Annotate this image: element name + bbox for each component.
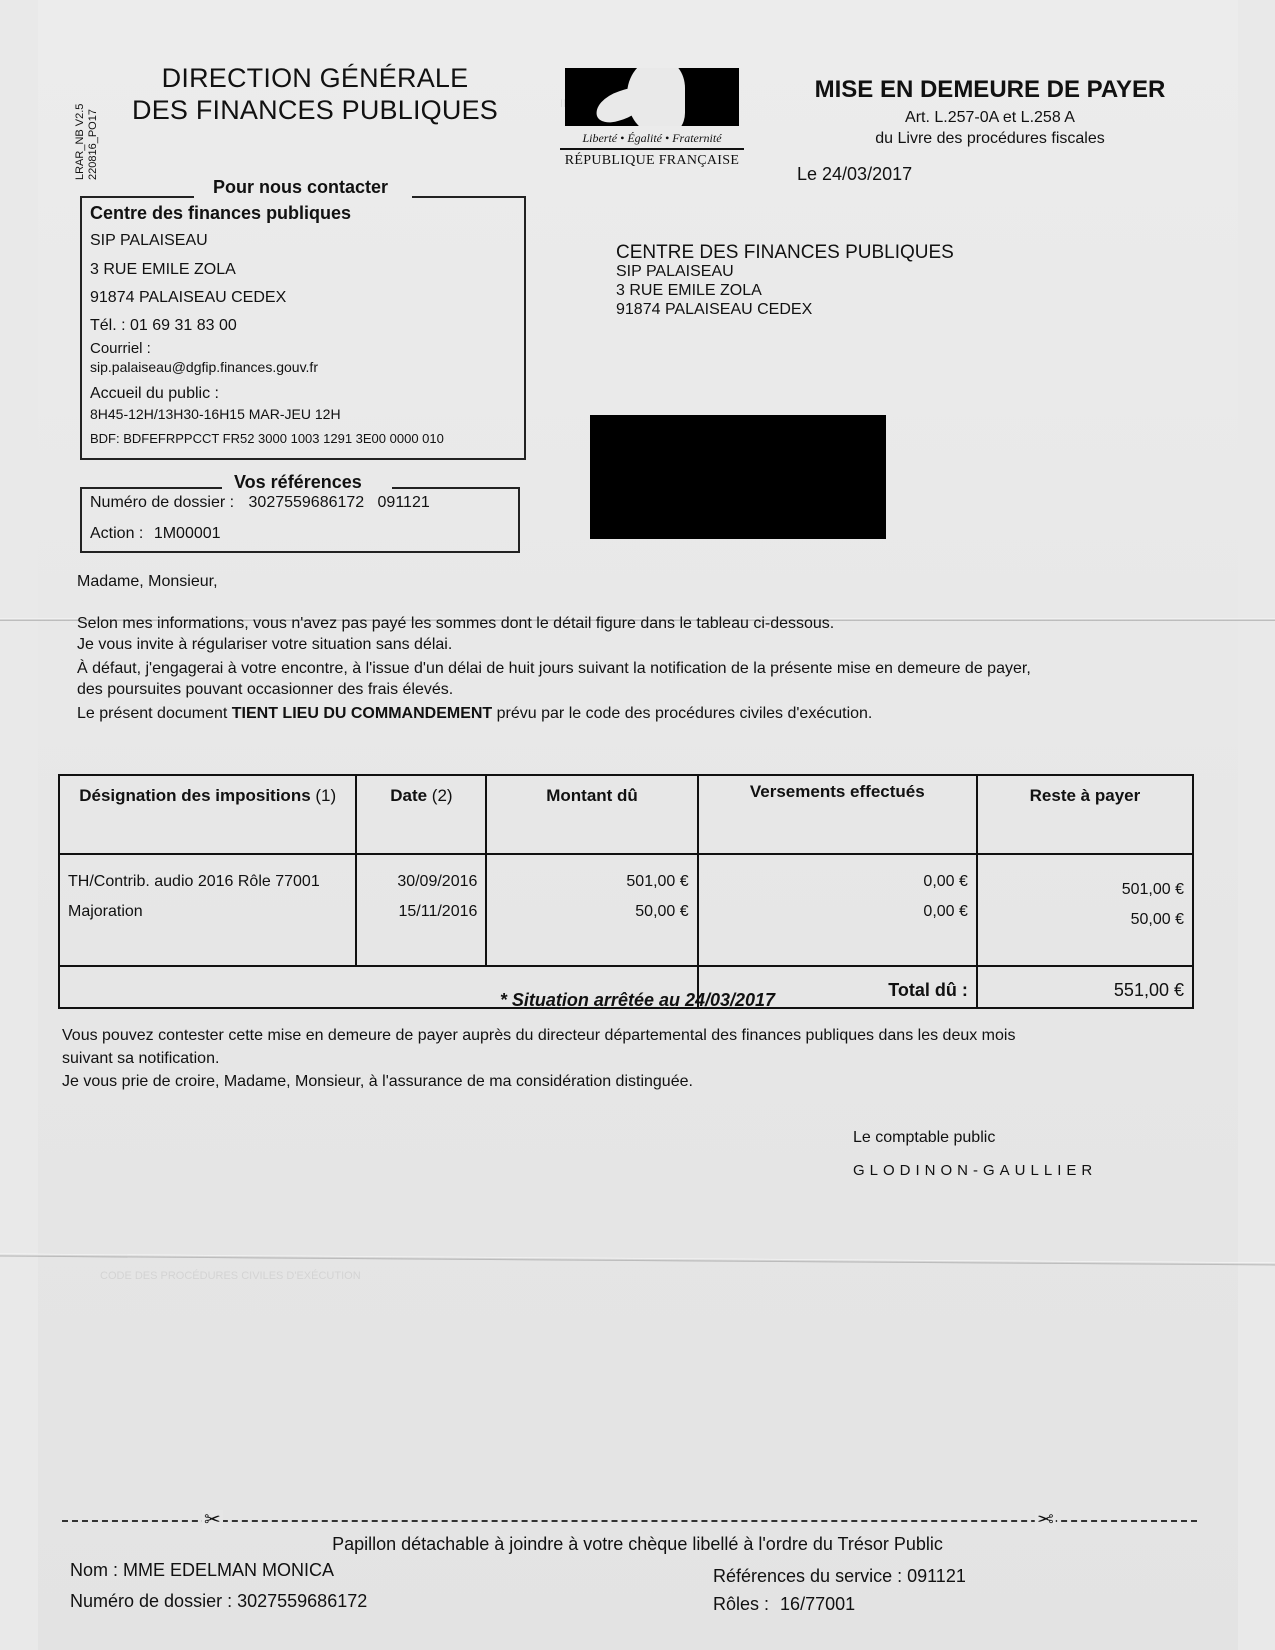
versements-cell: 0,00 € 0,00 € (698, 854, 977, 966)
column-header-date: Date (2) (356, 775, 486, 854)
document-date: Le 24/03/2017 (797, 164, 912, 185)
divider (80, 487, 222, 489)
designation-cell: TH/Contrib. audio 2016 Rôle 77001 Majora… (59, 854, 356, 966)
dossier-label: Numéro de dossier : (90, 494, 234, 511)
center-name: Centre des finances publiques (90, 203, 351, 224)
cut-line (62, 1520, 1197, 1522)
phone-number: Tél. : 01 69 31 83 00 (90, 317, 237, 335)
hours-label: Accueil du public : (90, 385, 219, 403)
references-legend: Vos références (226, 472, 370, 493)
paragraph-4: Le présent document TIENT LIEU DU COMMAN… (77, 705, 872, 723)
republic-motto: Liberté • Égalité • Fraternité (560, 131, 744, 150)
slip-roles: Rôles : 16/77001 (713, 1594, 855, 1615)
paragraph-3b: des poursuites pouvant occasionner des f… (77, 681, 453, 699)
marianne-logo-icon (565, 68, 739, 126)
organization-line1: DIRECTION GÉNÉRALE (125, 62, 505, 94)
divider (80, 196, 194, 198)
signer-role: Le comptable public (853, 1129, 995, 1147)
action-code: Action : 1M00001 (90, 525, 221, 543)
contact-legend: Pour nous contacter (205, 177, 396, 198)
organization-name: DIRECTION GÉNÉRALE DES FINANCES PUBLIQUE… (125, 62, 505, 126)
column-header-designation: Désignation des impositions (1) (59, 775, 356, 854)
city-address: 91874 PALAISEAU CEDEX (90, 289, 286, 307)
slip-dossier-label: Numéro de dossier : (70, 1591, 232, 1611)
slip-name-label: Nom : (70, 1560, 118, 1580)
column-header-versements: Versements effectués (698, 775, 977, 854)
date-value: 15/11/2016 (365, 897, 477, 927)
slip-roles-value: 16/77001 (780, 1594, 855, 1614)
sender-address-line4: 91874 PALAISEAU CEDEX (616, 301, 812, 319)
date-cell: 30/09/2016 15/11/2016 (356, 854, 486, 966)
form-code: LRAR_NB V2.5 220816_PO17 (74, 104, 100, 180)
email-link[interactable]: sip.palaiseau@dgfip.finances.gouv.fr (90, 359, 318, 375)
sender-address-line3: 3 RUE EMILE ZOLA (616, 282, 762, 300)
montant-value: 501,00 € (495, 867, 688, 897)
designation-value: TH/Contrib. audio 2016 Rôle 77001 (68, 867, 347, 897)
designation-value: Majoration (68, 897, 347, 927)
paragraph-3a: À défaut, j'engagerai à votre encontre, … (77, 660, 1031, 678)
reste-cell: 501,00 € 50,00 € (977, 854, 1193, 966)
slip-service-reference: Références du service : 091121 (713, 1566, 966, 1587)
sender-address-line2: SIP PALAISEAU (616, 263, 734, 281)
montant-value: 50,00 € (495, 897, 688, 927)
email-label: Courriel : (90, 340, 151, 357)
column-header-reste: Reste à payer (977, 775, 1193, 854)
service-name: SIP PALAISEAU (90, 232, 208, 250)
table-header-row: Désignation des impositions (1) Date (2)… (59, 775, 1193, 854)
paragraph-4-pre: Le présent document (77, 705, 232, 722)
sender-address-line1: CENTRE DES FINANCES PUBLIQUES (616, 242, 954, 264)
dossier-number: Numéro de dossier : 3027559686172 091121 (90, 494, 430, 512)
column-header-montant: Montant dû (486, 775, 697, 854)
divider (392, 487, 520, 489)
situation-date: * Situation arrêtée au 24/03/2017 (0, 990, 1275, 1011)
divider (412, 196, 526, 198)
form-code-line2: 220816_PO17 (87, 104, 100, 180)
table-row: TH/Contrib. audio 2016 Rôle 77001 Majora… (59, 854, 1193, 966)
dossier-value: 3027559686172 091121 (249, 494, 430, 511)
scissors-icon: ✂ (202, 1510, 223, 1530)
slip-title: Papillon détachable à joindre à votre ch… (0, 1534, 1275, 1555)
organization-line2: DES FINANCES PUBLIQUES (125, 94, 505, 126)
reste-value: 50,00 € (986, 905, 1184, 935)
versements-value: 0,00 € (707, 867, 968, 897)
action-label: Action : (90, 525, 143, 542)
republic-name: RÉPUBLIQUE FRANÇAISE (560, 153, 744, 169)
action-value: 1M00001 (154, 525, 221, 542)
slip-service-ref-value: 091121 (907, 1566, 966, 1586)
impositions-table: Désignation des impositions (1) Date (2)… (58, 774, 1194, 1009)
slip-name: Nom : MME EDELMAN MONICA (70, 1560, 334, 1581)
salutation: Madame, Monsieur, (77, 573, 218, 591)
reste-value: 501,00 € (986, 875, 1184, 905)
legal-reference-line2: du Livre des procédures fiscales (790, 130, 1190, 148)
montant-cell: 501,00 € 50,00 € (486, 854, 697, 966)
paragraph-4-post: prévu par le code des procédures civiles… (492, 705, 872, 722)
versements-value: 0,00 € (707, 897, 968, 927)
form-code-line1: LRAR_NB V2.5 (74, 104, 87, 180)
show-through-text: CODE DES PROCÉDURES CIVILES D'EXÉCUTION (100, 1270, 361, 1282)
closing-paragraph-1a: Vous pouvez contester cette mise en deme… (62, 1027, 1015, 1045)
closing-paragraph-1b: suivant sa notification. (62, 1050, 219, 1068)
slip-roles-label: Rôles : (713, 1594, 769, 1614)
slip-name-value: MME EDELMAN MONICA (123, 1560, 334, 1580)
paragraph-1: Selon mes informations, vous n'avez pas … (77, 615, 834, 633)
paragraph-4-bold: TIENT LIEU DU COMMANDEMENT (232, 705, 492, 722)
scissors-icon: ✂ (1035, 1510, 1056, 1530)
closing-paragraph-2: Je vous prie de croire, Madame, Monsieur… (62, 1073, 693, 1091)
slip-service-ref-label: Références du service : (713, 1566, 902, 1586)
slip-dossier-value: 3027559686172 (237, 1591, 367, 1611)
signer-name: GLODINON-GAULLIER (853, 1162, 1097, 1179)
opening-hours: 8H45-12H/13H30-16H15 MAR-JEU 12H (90, 406, 341, 422)
paragraph-2: Je vous invite à régulariser votre situa… (77, 636, 452, 654)
document-title: MISE EN DEMEURE DE PAYER (790, 76, 1190, 104)
street-address: 3 RUE EMILE ZOLA (90, 261, 236, 279)
date-value: 30/09/2016 (365, 867, 477, 897)
slip-dossier: Numéro de dossier : 3027559686172 (70, 1591, 367, 1612)
redacted-recipient-address (590, 415, 886, 539)
legal-reference-line1: Art. L.257-0A et L.258 A (790, 109, 1190, 127)
bank-details: BDF: BDFEFRPPCCT FR52 3000 1003 1291 3E0… (90, 431, 444, 446)
